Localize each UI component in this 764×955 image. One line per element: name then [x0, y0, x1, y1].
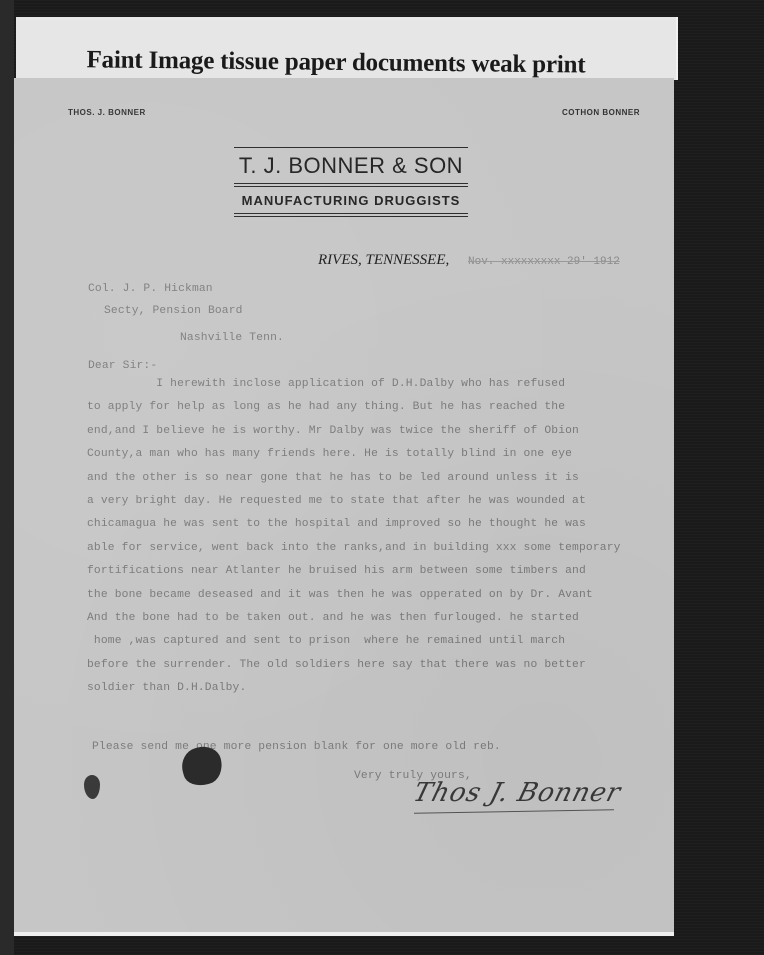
handwritten-signature: Thos J. Bonner: [410, 778, 624, 808]
body-line: fortifications near Atlanter he bruised …: [87, 565, 586, 577]
body-line: chicamagua he was sent to the hospital a…: [87, 518, 586, 530]
signature-flourish: [414, 809, 614, 813]
body-line: a very bright day. He requested me to st…: [87, 495, 586, 507]
address-line-2: Secty, Pension Board: [104, 305, 243, 317]
body-line: before the surrender. The old soldiers h…: [87, 659, 586, 671]
firm-name: T. J. BONNER & SON: [234, 150, 468, 181]
firm-subtitle: MANUFACTURING DRUGGISTS: [234, 189, 468, 211]
letterhead-right-name: COTHON BONNER: [562, 108, 640, 117]
firm-header: T. J. BONNER & SON MANUFACTURING DRUGGIS…: [234, 145, 468, 219]
body-line: soldier than D.H.Dalby.: [87, 682, 246, 694]
body-line: County,a man who has many friends here. …: [87, 448, 572, 460]
letter-place: RIVES, TENNESSEE,: [318, 252, 449, 269]
tissue-paper-label: Faint Image tissue paper documents weak …: [16, 17, 678, 80]
letterhead-left-name: THOS. J. BONNER: [68, 108, 146, 117]
postscript: Please send me one more pension blank fo…: [92, 741, 501, 753]
body-line: the bone became deseased and it was then…: [87, 589, 593, 601]
body-line: home ,was captured and sent to prison wh…: [87, 635, 565, 647]
letter-page: THOS. J. BONNER COTHON BONNER T. J. BONN…: [14, 78, 674, 932]
address-line-1: Col. J. P. Hickman: [88, 283, 213, 295]
header-rule: [234, 213, 468, 214]
body-line: And the bone had to be taken out. and he…: [87, 612, 579, 624]
header-rule: [234, 186, 468, 187]
ink-blot: [84, 775, 100, 799]
body-line: able for service, went back into the ran…: [87, 542, 621, 554]
body-line: to apply for help as long as he had any …: [87, 401, 565, 413]
address-line-3: Nashville Tenn.: [180, 332, 284, 344]
left-edge-strip: [0, 0, 14, 955]
body-line: and the other is so near gone that he ha…: [87, 472, 579, 484]
letter-date: Nov. xxxxxxxxx 29' 1912: [468, 256, 620, 268]
salutation: Dear Sir:-: [88, 360, 157, 372]
faint-image-banner: Faint Image tissue paper documents weak …: [16, 46, 676, 81]
body-line: I herewith inclose application of D.H.Da…: [87, 378, 565, 390]
body-line: end,and I believe he is worthy. Mr Dalby…: [87, 425, 579, 437]
header-rule: [234, 183, 468, 184]
header-rule: [234, 147, 468, 148]
header-rule: [234, 216, 468, 217]
